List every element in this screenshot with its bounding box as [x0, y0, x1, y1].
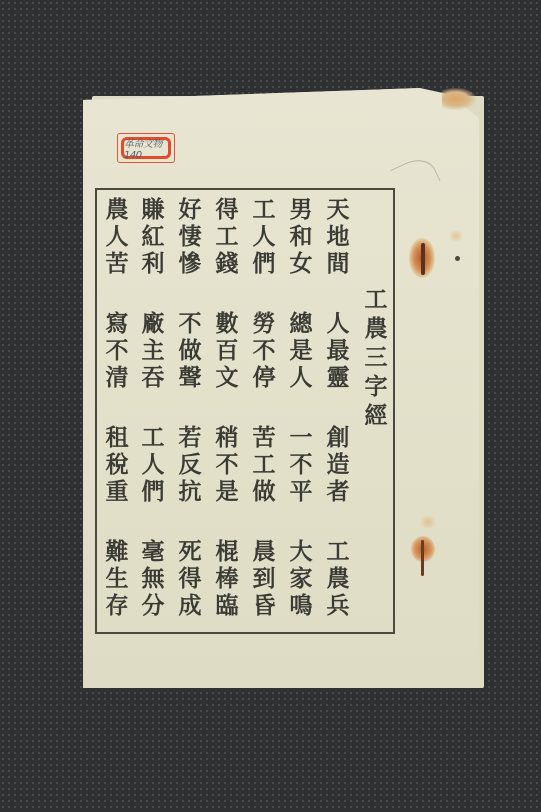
verse-phrase: 農人苦: [102, 196, 132, 277]
verse-phrase: 創造者: [323, 424, 353, 505]
verse-char: 租: [106, 424, 129, 451]
small-stain: [449, 230, 463, 242]
archive-label: 革命文物 140: [117, 133, 175, 163]
verse-char: 慘: [179, 250, 202, 277]
verse-phrase: 男和女: [286, 196, 316, 277]
verse-char: 不: [106, 337, 129, 364]
verse-char: 人: [142, 451, 165, 478]
corner-damage: [442, 88, 476, 110]
verse-phrase: 寫不清: [102, 310, 132, 391]
verse-char: 錢: [216, 250, 239, 277]
staple-mark: [421, 540, 424, 576]
verse-phrase: 一不平: [286, 424, 316, 505]
verse-char: 農: [327, 565, 350, 592]
verse-char: 們: [253, 250, 276, 277]
verse-phrase: 勞不停: [249, 310, 279, 391]
verse-char: 紅: [142, 223, 165, 250]
text-frame: 天地間人最靈創造者工農兵男和女總是人一不平大家鳴工人們勞不停苦工做晨到昏得工錢數…: [95, 188, 395, 634]
verse-phrase: 死得成: [175, 538, 205, 619]
verse-phrase: 棍棒臨: [212, 538, 242, 619]
verse-char: 地: [327, 223, 350, 250]
verse-phrase: 廠主吞: [138, 310, 168, 391]
verse-char: 吞: [142, 364, 165, 391]
verse-phrase: 難生存: [102, 538, 132, 619]
verse-char: 成: [179, 592, 202, 619]
verse-char: 人: [106, 223, 129, 250]
verse-char: 生: [106, 565, 129, 592]
verse-char: 廠: [142, 310, 165, 337]
verse-char: 寫: [106, 310, 129, 337]
verse-char: 稅: [106, 451, 129, 478]
verse-char: 得: [179, 565, 202, 592]
verse-char: 人: [253, 223, 276, 250]
verse-phrase: 工人們: [138, 424, 168, 505]
verse-char: 是: [290, 337, 313, 364]
verse-char: 難: [106, 538, 129, 565]
verse-phrase: 若反抗: [175, 424, 205, 505]
verse-char: 苦: [253, 424, 276, 451]
verse-char: 毫: [142, 538, 165, 565]
verse-phrase: 大家鳴: [286, 538, 316, 619]
verse-char: 賺: [142, 196, 165, 223]
staple-mark: [421, 243, 425, 275]
verse-phrase: 總是人: [286, 310, 316, 391]
verse-char: 平: [290, 478, 313, 505]
verse-phrase: 賺紅利: [138, 196, 168, 277]
dirt-speck: [455, 256, 460, 261]
verse-char: 天: [327, 196, 350, 223]
verse-char: 一: [290, 424, 313, 451]
verse-char: 聲: [179, 364, 202, 391]
verse-phrase: 工農兵: [323, 538, 353, 619]
verse-char: 人: [327, 310, 350, 337]
verse-char: 總: [290, 310, 313, 337]
verse-char: 文: [216, 364, 239, 391]
verse-char: 苦: [106, 250, 129, 277]
verse-char: 家: [290, 565, 313, 592]
verse-char: 若: [179, 424, 202, 451]
verse-char: 死: [179, 538, 202, 565]
verse-char: 兵: [327, 592, 350, 619]
verse-char: 清: [106, 364, 129, 391]
verse-char: 不: [216, 451, 239, 478]
verse-char: 抗: [179, 478, 202, 505]
verse-char: 臨: [216, 592, 239, 619]
verse-char: 造: [327, 451, 350, 478]
verse-phrase: 好悽慘: [175, 196, 205, 277]
verse-char: 者: [327, 478, 350, 505]
verse-char: 做: [179, 337, 202, 364]
verse-char: 勞: [253, 310, 276, 337]
verse-char: 們: [142, 478, 165, 505]
verse-char: 反: [179, 451, 202, 478]
verse-char: 得: [216, 196, 239, 223]
verse-char: 到: [253, 565, 276, 592]
verse-char: 工: [142, 424, 165, 451]
verse-char: 工: [327, 538, 350, 565]
verse-char: 農: [106, 196, 129, 223]
verse-char: 不: [290, 451, 313, 478]
verse-char: 工: [216, 223, 239, 250]
verse-phrase: 人最靈: [323, 310, 353, 391]
verse-char: 數: [216, 310, 239, 337]
verse-char: 停: [253, 364, 276, 391]
verse-phrase: 天地間: [323, 196, 353, 277]
verse-phrase: 租稅重: [102, 424, 132, 505]
verse-char: 工: [253, 196, 276, 223]
verse-char: 靈: [327, 364, 350, 391]
verse-char: 棒: [216, 565, 239, 592]
verse-char: 分: [142, 592, 165, 619]
verse-phrase: 苦工做: [249, 424, 279, 505]
verse-char: 是: [216, 478, 239, 505]
verse-char: 男: [290, 196, 313, 223]
verse-char: 不: [179, 310, 202, 337]
verse-char: 百: [216, 337, 239, 364]
verse-char: 悽: [179, 223, 202, 250]
verse-char: 存: [106, 592, 129, 619]
verse-phrase: 晨到昏: [249, 538, 279, 619]
verse-phrase: 工人們: [249, 196, 279, 277]
verse-phrase: 稍不是: [212, 424, 242, 505]
verse-char: 大: [290, 538, 313, 565]
verse-char: 創: [327, 424, 350, 451]
verse-char: 主: [142, 337, 165, 364]
verse-char: 鳴: [290, 592, 313, 619]
verse-char: 女: [290, 250, 313, 277]
verse-char: 利: [142, 250, 165, 277]
verse-char: 和: [290, 223, 313, 250]
verse-char: 無: [142, 565, 165, 592]
verse-char: 不: [253, 337, 276, 364]
verse-char: 人: [290, 364, 313, 391]
verse-char: 做: [253, 478, 276, 505]
verse-char: 重: [106, 478, 129, 505]
verse-phrase: 毫無分: [138, 538, 168, 619]
verse-phrase: 數百文: [212, 310, 242, 391]
verse-char: 稍: [216, 424, 239, 451]
verse-char: 最: [327, 337, 350, 364]
verse-phrase: 不做聲: [175, 310, 205, 391]
verse-phrase: 得工錢: [212, 196, 242, 277]
small-stain: [420, 515, 436, 529]
verse-char: 好: [179, 196, 202, 223]
verse-char: 工: [253, 451, 276, 478]
verse-char: 晨: [253, 538, 276, 565]
archive-label-text: 革命文物 140: [121, 137, 171, 159]
verse-char: 間: [327, 250, 350, 277]
verse-char: 昏: [253, 592, 276, 619]
verse-char: 棍: [216, 538, 239, 565]
